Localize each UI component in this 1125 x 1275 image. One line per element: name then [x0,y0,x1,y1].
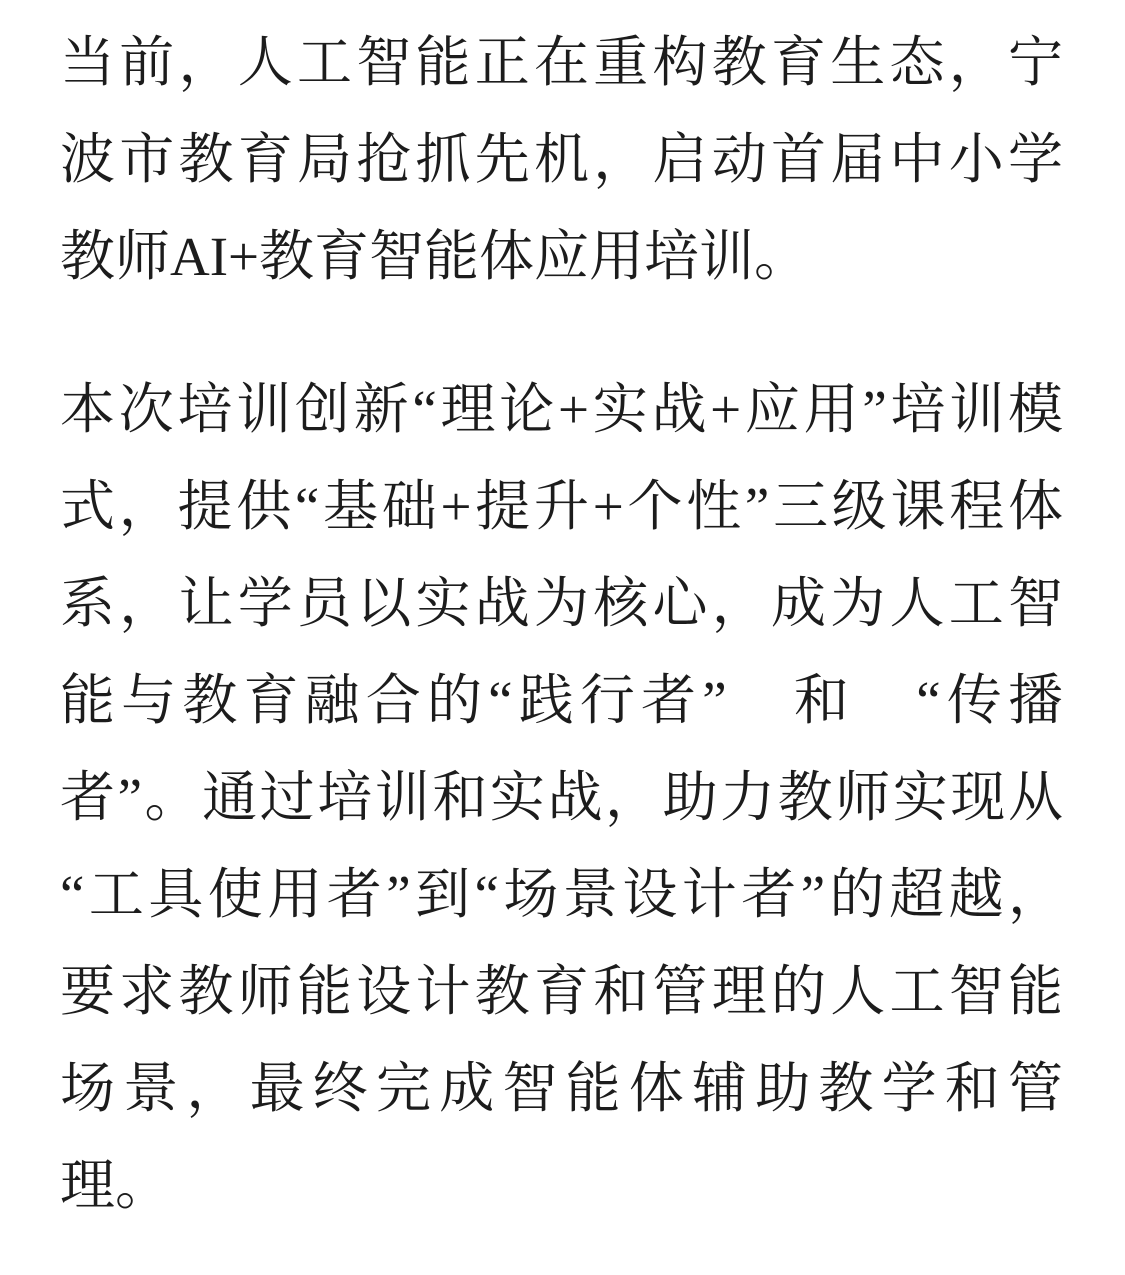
text-line: 式，提供“基础+提升+个性”三级课程体 [60,458,1063,555]
paragraph-2: 本次培训创新“理论+实战+应用”培训模 式，提供“基础+提升+个性”三级课程体 … [60,361,1063,1234]
text-line: “工具使用者”到“场景设计者”的超越， [60,846,1063,943]
article-page: 当前，人工智能正在重构教育生态，宁 波市教育局抢抓先机，启动首届中小学 教师AI… [0,0,1125,1275]
paragraph-1: 当前，人工智能正在重构教育生态，宁 波市教育局抢抓先机，启动首届中小学 教师AI… [60,14,1063,305]
text-line: 系，让学员以实战为核心，成为人工智 [60,555,1063,652]
text-line: 能与教育融合的“践行者” 和 “传播 [60,652,1063,749]
text-line: 场景，最终完成智能体辅助教学和管 [60,1040,1063,1137]
text-line: 要求教师能设计教育和管理的人工智能 [60,943,1063,1040]
text-line: 者”。通过培训和实战，助力教师实现从 [60,749,1063,846]
text-line: 教师AI+教育智能体应用培训。 [60,208,1063,305]
text-line: 当前，人工智能正在重构教育生态，宁 [60,14,1063,111]
text-line: 波市教育局抢抓先机，启动首届中小学 [60,111,1063,208]
text-line: 本次培训创新“理论+实战+应用”培训模 [60,361,1063,458]
text-line: 理。 [60,1137,1063,1234]
